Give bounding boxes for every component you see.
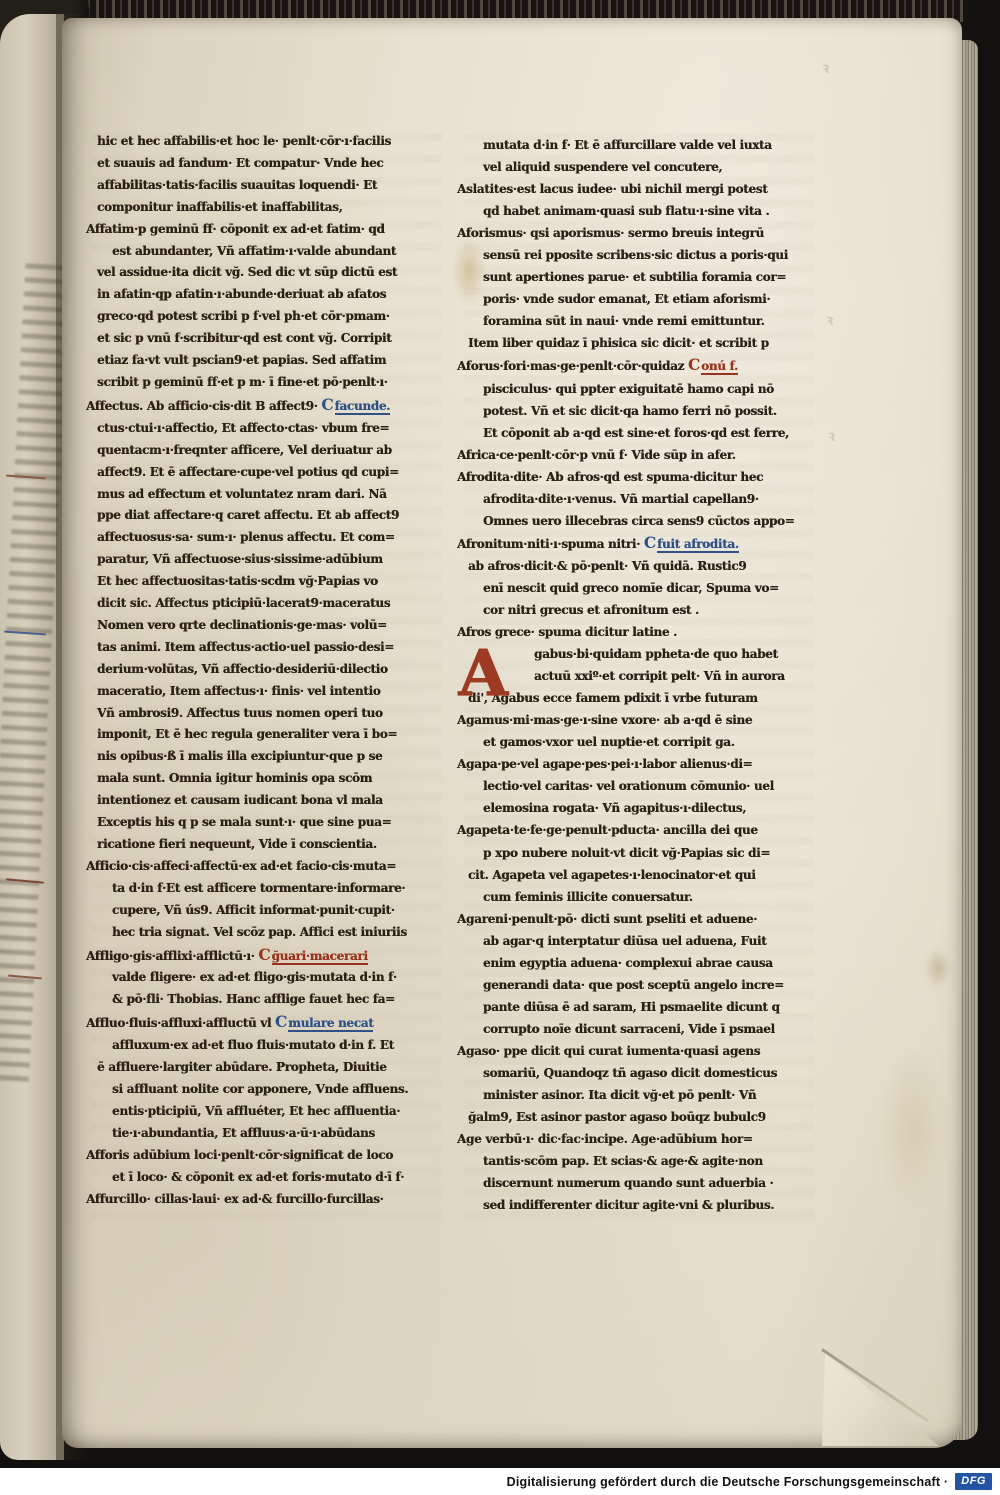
digitized-manuscript-photo: ꝛ ꝛ ꝛ hic et hec affabilis·et hoc le· pe… (0, 0, 1000, 1495)
digitization-credit-text: Digitalisierung gefördert durch die Deut… (507, 1475, 949, 1489)
text-line: ta d·in f·Et est afficere tormentare·inf… (97, 878, 442, 900)
text-line: ab agar·q interptatur diūsa uel aduena, … (468, 930, 813, 952)
text-line: et ī loco· & cōponit ex ad·et foris·muta… (97, 1167, 442, 1189)
text-line: etiaz fa·vt vult pscian9·et papias. Sed … (97, 350, 442, 372)
text-line: Africa·ce·penlt·cōr·p vnū f· Vide sūp in… (468, 444, 813, 466)
text-line: afrodita·dite·ı·venus. Vñ martial capell… (468, 488, 813, 510)
text-line: potest. Vñ et sic dicit·qa hamo ferri nō… (468, 400, 813, 422)
text-line: tantis·scōm pap. Et scias·& age·& agite·… (468, 1150, 813, 1172)
text-line: sunt apertiones parue· et subtilia foram… (468, 266, 813, 288)
text-line: Agamus·mi·mas·ge·ı·sine vxore· ab a·qd ē… (468, 709, 813, 731)
text-line: pisciculus· qui ppter exiguitatē hamo ca… (468, 378, 813, 400)
text-line: derium·volūtas, Vñ affectio·desideriū·di… (97, 659, 442, 681)
text-line: Age verbū·ı· dic·fac·incipe. Age·adūbium… (468, 1128, 813, 1150)
text-line: poris· vnde sudor emanat, Et etiam afori… (468, 288, 813, 310)
text-line: vel assidue·ita dicit vğ. Sed dic vt sūp… (97, 262, 442, 284)
text-line: valde fligere· ex ad·et fligo·gis·mutata… (97, 967, 442, 989)
text-line: minister asinor. Ita dicit vğ·et pō penl… (468, 1084, 813, 1106)
text-line: in afatin·qp afatin·ı·abunde·deriuat ab … (97, 284, 442, 306)
text-line: ab afros·dicit·& pō·penlt· Vñ quidā. Rus… (468, 555, 813, 577)
text-line: Affluo·fluis·affluxi·affluctū vl Cmulare… (97, 1011, 442, 1035)
illuminated-initial-a: A (458, 642, 524, 712)
text-line: somariū, Quandoqz tñ agaso dicit domesti… (468, 1062, 813, 1084)
text-line: affluxum·ex ad·et fluo fluis·mutato d·in… (97, 1035, 442, 1057)
text-line: greco·qd potest scribi p f·vel ph·et cōr… (97, 306, 442, 328)
text-line: Exceptis his q p se mala sunt·ı· que sin… (97, 812, 442, 834)
dfg-logo: DFG (955, 1473, 992, 1490)
text-line: scribit p geminū ff·et p m· ī fine·et pō… (97, 372, 442, 394)
facing-page-sliver (0, 14, 64, 1460)
parchment-stain (925, 948, 951, 988)
text-line: vel aliquid suspendere vel concutere, (468, 156, 813, 178)
text-line: mus ad effectum et voluntatez nram dari.… (97, 484, 442, 506)
text-line: cum feminis illicite conuersatur. (468, 886, 813, 908)
margin-smudge: ꝛ (828, 426, 835, 446)
text-line: ricatione fieri nequeunt, Vide ī conscie… (97, 834, 442, 856)
text-line: Et hec affectuositas·tatis·scdm vğ·Papia… (97, 571, 442, 593)
rubricated-text: fuit afrodita. (657, 537, 739, 553)
rubricated-text: onú f. (701, 359, 738, 375)
text-line: cit. Agapeta vel agapetes·ı·lenocinator·… (468, 864, 813, 886)
text-line: cupere, Vñ ús9. Afficit informat·punit·c… (97, 900, 442, 922)
text-line: paratur, Vñ affectuose·sius·sissime·adūb… (97, 549, 442, 571)
text-line: si affluant nolite cor apponere, Vnde af… (97, 1079, 442, 1101)
text-line: nis opibus·ß ī malis illa excipiuntur·qu… (97, 746, 442, 768)
text-line: intentionez et causam iudicant bona vl m… (97, 790, 442, 812)
text-line: Afros grece· spuma dicitur latine . (468, 621, 813, 643)
text-line: entis·pticipiū, Vñ affluéter, Et hec aff… (97, 1101, 442, 1123)
text-line: Vñ ambrosi9. Affectus tuus nomen operi t… (97, 703, 442, 725)
text-line: Affatim·p geminū ff· cōponit ex ad·et fa… (97, 219, 442, 241)
text-line: Aforismus· qsi aporismus· sermo breuis i… (468, 222, 813, 244)
text-line: Agapa·pe·vel agape·pes·pei·ı·labor alien… (468, 753, 813, 775)
text-line: affect9. Et ē affectare·cupe·vel potius … (97, 462, 442, 484)
paragraph-mark: C (258, 945, 270, 964)
text-line: et suauis ad fandum· Et compatur· Vnde h… (97, 153, 442, 175)
paragraph-mark: C (321, 395, 333, 414)
text-line: ğalm9, Est asinor pastor agaso boūqz bub… (468, 1106, 813, 1128)
text-line: sed indifferenter dicitur agite·vni & pl… (468, 1194, 813, 1216)
text-line: & pō·fli· Thobias. Hanc afflige fauet he… (97, 989, 442, 1011)
text-line: generandi data· que post sceptū angelo i… (468, 974, 813, 996)
text-line: discernunt numerum quando sunt aduerbia … (468, 1172, 813, 1194)
rubricated-text: facunde. (335, 399, 391, 415)
text-line: pante diūsa ē ad saram, Hi psmaelite dic… (468, 996, 813, 1018)
text-line: Affurcillo· cillas·laui· ex ad·& furcill… (97, 1189, 442, 1211)
text-line: qd habet animam·quasi sub flatu·ı·sine v… (468, 200, 813, 222)
text-line: ppe diat affectare·q caret affectu. Et a… (97, 505, 442, 527)
text-line: Afforis adūbium loci·penlt·cōr·significa… (97, 1145, 442, 1167)
text-line: p xpo nubere noluit·vt dicit vğ·Papias s… (468, 842, 813, 864)
text-line: enim egyptia aduena· complexui abrae cau… (468, 952, 813, 974)
paragraph-mark: C (275, 1012, 287, 1031)
text-line: elemosina rogata· Vñ agapitus·ı·dilectus… (468, 797, 813, 819)
text-line: Agapeta·te·fe·ge·penult·pducta· ancilla … (468, 819, 813, 841)
text-line: Agareni·penult·pō· dicti sunt pseliti et… (468, 908, 813, 930)
text-line: quentacm·ı·freqnter afficere, Vel deriua… (97, 440, 442, 462)
text-line: lectio·vel caritas· vel orationum cōmuni… (468, 775, 813, 797)
rubricated-text: ğuari·macerari (272, 949, 368, 965)
paragraph-mark: C (688, 355, 700, 374)
text-line: dicit sic. Affectus pticipiū·lacerat9·ma… (97, 593, 442, 615)
text-line: hec tria signat. Vel scōz pap. Affici es… (97, 922, 442, 944)
text-line: enī nescit quid greco nomīe dicar, Spuma… (468, 577, 813, 599)
text-line: Affectus. Ab afficio·cis·dit B affect9· … (97, 394, 442, 418)
margin-smudge: ꝛ (822, 58, 829, 78)
text-line: affabilitas·tatis·facilis suauitas loque… (97, 175, 442, 197)
text-line: Omnes uero illecebras circa sens9 cūctos… (468, 510, 813, 532)
text-line: Nomen vero qrte declinationis·ge·mas· vo… (97, 615, 442, 637)
text-line: Aforus·fori·mas·ge·penlt·cōr·quidaz Conú… (468, 354, 813, 377)
text-line: tas animi. Item affectus·actio·uel passi… (97, 637, 442, 659)
footer-bar: Digitalisierung gefördert durch die Deut… (0, 1468, 1000, 1495)
text-line: componitur inaffabilis·et inaffabilitas, (97, 197, 442, 219)
text-line: Agaso· ppe dicit qui curat iumenta·quasi… (468, 1040, 813, 1062)
text-line: hic et hec affabilis·et hoc le· penlt·cō… (97, 131, 442, 153)
text-line: imponit, Et ē hec regula generaliter ver… (97, 724, 442, 746)
text-line: ctus·ctui·ı·affectio, Et affecto·ctas· v… (97, 418, 442, 440)
manuscript-left-column: hic et hec affabilis·et hoc le· penlt·cō… (97, 131, 442, 1210)
text-line: Afficio·cis·affeci·affectū·ex ad·et faci… (97, 856, 442, 878)
text-line: sensū rei pposite scribens·sic dictus a … (468, 244, 813, 266)
margin-smudge: ꝛ (826, 310, 833, 330)
text-line: mala sunt. Omnia igitur hominis opa scōm (97, 768, 442, 790)
parchment-stain (878, 1050, 948, 1210)
rubricated-text: mulare necat (288, 1016, 373, 1032)
text-line: Afronitum·niti·ı·spuma nitri· Cfuit afro… (468, 532, 813, 555)
text-line: tie·ı·abundantia, Et affluus·a·ū·ı·abūda… (97, 1123, 442, 1145)
text-line: ē affluere·largiter abūdare. Propheta, D… (97, 1057, 442, 1079)
text-line: foramina sūt in naui· vnde remi emittunt… (468, 310, 813, 332)
text-line: maceratio, Item affectus·ı· finis· vel i… (97, 681, 442, 703)
text-line: Et cōponit ab a·qd est sine·et foros·qd … (468, 422, 813, 444)
text-line: affectuosus·sa· sum·ı· plenus affectu. E… (97, 527, 442, 549)
text-line: cor nitri grecus et afronitum est . (468, 599, 813, 621)
manuscript-right-column: A mutata d·in f· Et ē affurcillare valde… (468, 134, 813, 1216)
paragraph-mark: C (644, 533, 656, 552)
text-line: et sic p vnū f·scribitur·qd est cont vğ.… (97, 328, 442, 350)
text-line: est abundanter, Vñ affatim·ı·valde abund… (97, 241, 442, 263)
text-line: et gamos·vxor uel nuptie·et corripit ga. (468, 731, 813, 753)
text-line: Aslatites·est lacus iudee· ubi nichil me… (468, 178, 813, 200)
text-line: corrupto noīe dicunt sarraceni, Vide ī p… (468, 1018, 813, 1040)
text-line: Affligo·gis·afflixi·afflictū·ı· Cğuari·m… (97, 944, 442, 968)
text-line: Afrodita·dite· Ab afros·qd est spuma·dic… (468, 466, 813, 488)
text-line: mutata d·in f· Et ē affurcillare valde v… (468, 134, 813, 156)
text-line: Item liber quidaz ī phisica sic dicit· e… (468, 332, 813, 354)
